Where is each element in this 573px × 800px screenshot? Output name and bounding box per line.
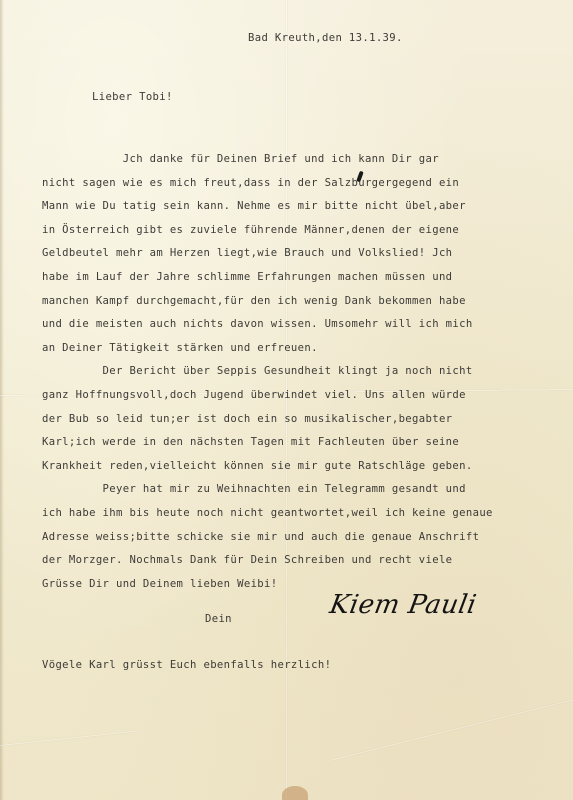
paper-edge bbox=[0, 0, 4, 800]
body-line: ich habe ihm bis heute noch nicht geantw… bbox=[42, 506, 493, 530]
salutation: Lieber Tobi! bbox=[92, 90, 173, 104]
body-line: Jch danke für Deinen Brief und ich kann … bbox=[42, 152, 493, 176]
closing: Dein bbox=[205, 612, 232, 626]
body-line: in Österreich gibt es zuviele führende M… bbox=[42, 223, 493, 247]
letter-page: Bad Kreuth,den 13.1.39. Lieber Tobi! Jch… bbox=[0, 0, 573, 800]
body-line: nicht sagen wie es mich freut,dass in de… bbox=[42, 176, 493, 200]
body-line: habe im Lauf der Jahre schlimme Erfahrun… bbox=[42, 270, 493, 294]
letter-body: Jch danke für Deinen Brief und ich kann … bbox=[42, 152, 493, 600]
body-line: Mann wie Du tatig sein kann. Nehme es mi… bbox=[42, 199, 493, 223]
body-line: Geldbeutel mehr am Herzen liegt,wie Brau… bbox=[42, 246, 493, 270]
body-line: Peyer hat mir zu Weihnachten ein Telegra… bbox=[42, 482, 493, 506]
body-line: Krankheit reden,vielleicht können sie mi… bbox=[42, 459, 493, 483]
fold-crease bbox=[330, 697, 573, 761]
body-line: Karl;ich werde in den nächsten Tagen mit… bbox=[42, 435, 493, 459]
postscript: Vögele Karl grüsst Euch ebenfalls herzli… bbox=[42, 658, 331, 672]
body-line: ganz Hoffnungsvoll,doch Jugend überwinde… bbox=[42, 388, 493, 412]
dateline: Bad Kreuth,den 13.1.39. bbox=[248, 31, 403, 45]
body-line: Der Bericht über Seppis Gesundheit kling… bbox=[42, 364, 493, 388]
signature: Kiem Pauli bbox=[327, 590, 479, 620]
body-line: manchen Kampf durchgemacht,für den ich w… bbox=[42, 294, 493, 318]
body-line: und die meisten auch nichts davon wissen… bbox=[42, 317, 493, 341]
body-line: der Morzger. Nochmals Dank für Dein Schr… bbox=[42, 553, 493, 577]
body-line: an Deiner Tätigkeit stärken und erfreuen… bbox=[42, 341, 493, 365]
body-line: Adresse weiss;bitte schicke sie mir und … bbox=[42, 530, 493, 554]
fold-crease bbox=[0, 730, 139, 746]
paper-stain bbox=[282, 786, 308, 800]
body-line: der Bub so leid tun;er ist doch ein so m… bbox=[42, 412, 493, 436]
